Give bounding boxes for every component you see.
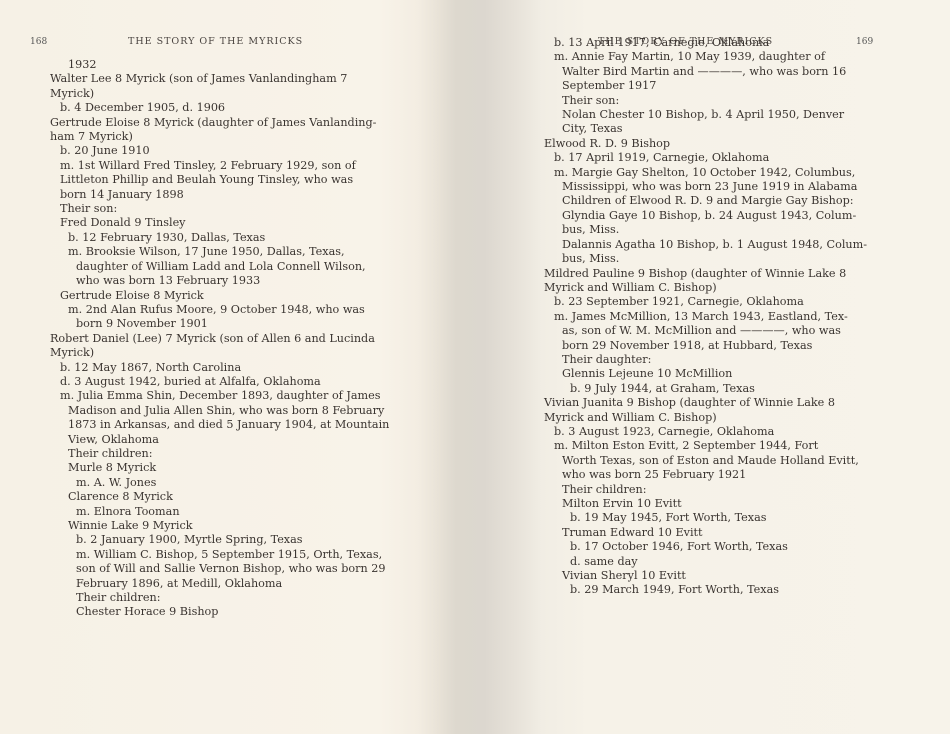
text-line: Vivian Sheryl 10 Evitt xyxy=(544,569,884,583)
text-line: born 29 November 1918, at Hubbard, Texas xyxy=(544,339,884,353)
text-line: d. same day xyxy=(544,555,884,569)
page-body: 1932Walter Lee 8 Myrick (son of James Va… xyxy=(50,58,400,620)
page-body: b. 13 April 1917, Carnegie, Oklahomam. A… xyxy=(544,36,884,598)
text-line: who was born 13 February 1933 xyxy=(50,274,400,288)
text-line: Nolan Chester 10 Bishop, b. 4 April 1950… xyxy=(544,108,884,122)
text-line: b. 12 February 1930, Dallas, Texas xyxy=(50,231,400,245)
text-line: daughter of William Ladd and Lola Connel… xyxy=(50,260,400,274)
text-line: d. 3 August 1942, buried at Alfalfa, Okl… xyxy=(50,375,400,389)
text-line: Mississippi, who was born 23 June 1919 i… xyxy=(544,180,884,194)
text-line: February 1896, at Medill, Oklahoma xyxy=(50,577,400,591)
text-line: b. 4 December 1905, d. 1906 xyxy=(50,101,400,115)
text-line: m. James McMillion, 13 March 1943, Eastl… xyxy=(544,310,884,324)
text-line: Their son: xyxy=(50,202,400,216)
text-line: Mildred Pauline 9 Bishop (daughter of Wi… xyxy=(544,267,884,281)
text-line: b. 3 August 1923, Carnegie, Oklahoma xyxy=(544,425,884,439)
text-line: Walter Bird Martin and ————, who was bor… xyxy=(544,65,884,79)
text-line: bus, Miss. xyxy=(544,252,884,266)
text-line: born 9 November 1901 xyxy=(50,317,400,331)
running-head: THE STORY OF THE MYRICKS xyxy=(128,36,303,47)
text-line: Myrick) xyxy=(50,87,400,101)
text-line: who was born 25 February 1921 xyxy=(544,468,884,482)
text-line: m. Elnora Tooman xyxy=(50,505,400,519)
text-line: born 14 January 1898 xyxy=(50,188,400,202)
text-line: m. William C. Bishop, 5 September 1915, … xyxy=(50,548,400,562)
text-line: m. Margie Gay Shelton, 10 October 1942, … xyxy=(544,166,884,180)
right-page: THE STORY OF THE MYRICKS 169 b. 13 April… xyxy=(480,0,950,734)
text-line: Fred Donald 9 Tinsley xyxy=(50,216,400,230)
text-line: Dalannis Agatha 10 Bishop, b. 1 August 1… xyxy=(544,238,884,252)
text-line: Madison and Julia Allen Shin, who was bo… xyxy=(50,404,400,418)
text-line: Clarence 8 Myrick xyxy=(50,490,400,504)
text-line: b. 17 April 1919, Carnegie, Oklahoma xyxy=(544,151,884,165)
text-line: 1873 in Arkansas, and died 5 January 190… xyxy=(50,418,400,432)
text-line: b. 17 October 1946, Fort Worth, Texas xyxy=(544,540,884,554)
text-line: b. 12 May 1867, North Carolina xyxy=(50,361,400,375)
text-line: Myrick) xyxy=(50,346,400,360)
text-line: View, Oklahoma xyxy=(50,433,400,447)
text-line: Elwood R. D. 9 Bishop xyxy=(544,137,884,151)
text-line: Littleton Phillip and Beulah Young Tinsl… xyxy=(50,173,400,187)
text-line: September 1917 xyxy=(544,79,884,93)
text-line: Worth Texas, son of Eston and Maude Holl… xyxy=(544,454,884,468)
text-line: m. A. W. Jones xyxy=(50,476,400,490)
text-line: b. 9 July 1944, at Graham, Texas xyxy=(544,382,884,396)
text-line: b. 23 September 1921, Carnegie, Oklahoma xyxy=(544,295,884,309)
text-line: Truman Edward 10 Evitt xyxy=(544,526,884,540)
text-line: son of Will and Sallie Vernon Bishop, wh… xyxy=(50,562,400,576)
text-line: Gertrude Eloise 8 Myrick xyxy=(50,289,400,303)
text-line: m. 1st Willard Fred Tinsley, 2 February … xyxy=(50,159,400,173)
text-line: ham 7 Myrick) xyxy=(50,130,400,144)
text-line: Vivian Juanita 9 Bishop (daughter of Win… xyxy=(544,396,884,410)
left-page: 168 THE STORY OF THE MYRICKS 1932Walter … xyxy=(0,0,470,734)
text-line: m. Brooksie Wilson, 17 June 1950, Dallas… xyxy=(50,245,400,259)
page-number: 168 xyxy=(30,37,47,47)
text-line: b. 19 May 1945, Fort Worth, Texas xyxy=(544,511,884,525)
text-line: bus, Miss. xyxy=(544,223,884,237)
text-line: m. Annie Fay Martin, 10 May 1939, daught… xyxy=(544,50,884,64)
text-line: as, son of W. M. McMillion and ————, who… xyxy=(544,324,884,338)
text-line: 1932 xyxy=(50,58,400,72)
text-line: Myrick and William C. Bishop) xyxy=(544,281,884,295)
text-line: Winnie Lake 9 Myrick xyxy=(50,519,400,533)
text-line: Children of Elwood R. D. 9 and Margie Ga… xyxy=(544,194,884,208)
text-line: Their children: xyxy=(544,483,884,497)
text-line: b. 20 June 1910 xyxy=(50,144,400,158)
text-line: Glennis Lejeune 10 McMillion xyxy=(544,367,884,381)
text-line: City, Texas xyxy=(544,122,884,136)
text-line: m. Milton Eston Evitt, 2 September 1944,… xyxy=(544,439,884,453)
text-line: Walter Lee 8 Myrick (son of James Vanlan… xyxy=(50,72,400,86)
text-line: m. Julia Emma Shin, December 1893, daugh… xyxy=(50,389,400,403)
text-line: Chester Horace 9 Bishop xyxy=(50,605,400,619)
text-line: Their son: xyxy=(544,94,884,108)
book-spread: 168 THE STORY OF THE MYRICKS 1932Walter … xyxy=(0,0,950,734)
text-line: b. 2 January 1900, Myrtle Spring, Texas xyxy=(50,533,400,547)
text-line: b. 13 April 1917, Carnegie, Oklahoma xyxy=(544,36,884,50)
text-line: Robert Daniel (Lee) 7 Myrick (son of All… xyxy=(50,332,400,346)
text-line: Their children: xyxy=(50,447,400,461)
text-line: Milton Ervin 10 Evitt xyxy=(544,497,884,511)
text-line: Glyndia Gaye 10 Bishop, b. 24 August 194… xyxy=(544,209,884,223)
text-line: Their daughter: xyxy=(544,353,884,367)
text-line: Murle 8 Myrick xyxy=(50,461,400,475)
text-line: Their children: xyxy=(50,591,400,605)
text-line: b. 29 March 1949, Fort Worth, Texas xyxy=(544,583,884,597)
text-line: Gertrude Eloise 8 Myrick (daughter of Ja… xyxy=(50,116,400,130)
text-line: m. 2nd Alan Rufus Moore, 9 October 1948,… xyxy=(50,303,400,317)
text-line: Myrick and William C. Bishop) xyxy=(544,411,884,425)
